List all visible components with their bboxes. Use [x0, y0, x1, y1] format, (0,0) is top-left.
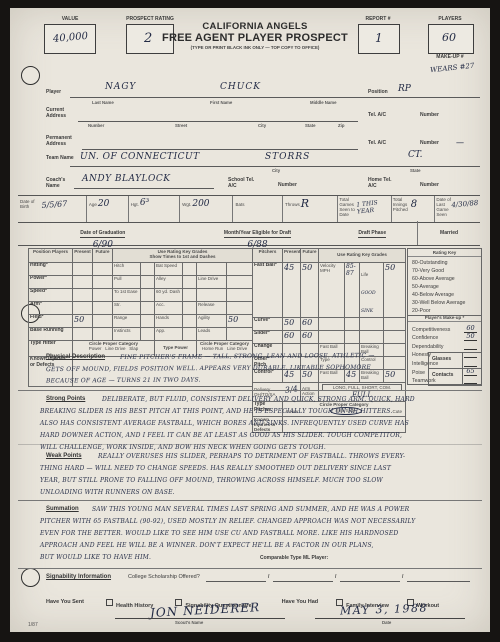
glasses-label: Glasses [429, 353, 463, 368]
rating-key-panel: Rating Key 80-Outstanding 70-Very Good 6… [407, 248, 482, 316]
hole-punch [21, 568, 40, 587]
wgt-entry: 200 [192, 199, 209, 222]
eligible-label: Month/Year Eligible for Draft [224, 231, 291, 238]
cell: 50 [73, 315, 93, 328]
report-entry: 1 [375, 31, 399, 45]
type-power-options: Home Run Line Drive [198, 346, 251, 351]
team-name-label: Team Name [46, 156, 76, 162]
hgt-entry: 6³ [140, 198, 149, 222]
player-label: Player [46, 90, 61, 96]
state-sublabel: State [305, 123, 316, 128]
cell: 50 [301, 263, 319, 318]
col-p-future: Future [301, 249, 319, 263]
scout-name-sublabel: Scout's Name [175, 620, 203, 625]
cell [227, 328, 253, 341]
form-subtitle: (TYPE OR PRINT BLACK INK ONLY — TOP COPY… [160, 45, 350, 50]
strong-points-label: Strong Points [46, 396, 85, 402]
row-fastball: Fast Ball* [253, 263, 283, 318]
player-last-entry: NAGY [105, 82, 136, 92]
cell: 45 [345, 370, 360, 383]
form-code: 1/87 [28, 622, 38, 628]
cell: Release [197, 302, 227, 315]
cell: 50 [384, 263, 406, 318]
number-sublabel: Number [88, 123, 104, 128]
type-pitcher-cute: Cute [393, 409, 403, 414]
cell [384, 344, 406, 357]
cell: Range [113, 315, 141, 328]
makeup-label-confidence: Confidence [412, 335, 438, 341]
cell [360, 331, 384, 344]
weak-line: THING HARD — WILL NEED TO CHANGE SPEEDS.… [40, 465, 391, 472]
value-label: VALUE [46, 17, 94, 23]
row-arm: Arm* [29, 302, 73, 315]
cell: Fast Ball [319, 370, 345, 383]
row-hitting: Hitting* [29, 263, 73, 276]
first-name-sublabel: First Name [210, 100, 232, 105]
team-name-entry: UN. OF CONNECTICUT [80, 152, 200, 162]
innings-label: Total Innings Pitched [392, 196, 411, 222]
pitchers-grid: Pitchers Present Future Use Rating Key G… [252, 248, 406, 433]
row-base-running: Base Running [29, 328, 73, 341]
team-city-entry: STORRS [265, 152, 310, 162]
cell [197, 289, 227, 302]
games-entry: 1 THIS YEAR [356, 198, 388, 223]
form-title: FREE AGENT PLAYER PROSPECT [160, 32, 350, 44]
cell [141, 276, 155, 289]
cell: Agility [197, 315, 227, 328]
signability-label: Signability Information [46, 574, 111, 580]
cell [384, 331, 406, 344]
contacts-label: Contacts [429, 369, 463, 384]
cell [197, 263, 227, 276]
innings-entry: 8 [411, 199, 417, 222]
home-tel-label: Home Tel. A/C [368, 178, 396, 189]
cell [93, 276, 113, 289]
cell [227, 289, 253, 302]
col-p-rating-key: Use Rating Key Grades [319, 249, 406, 263]
coach-name-label: Coach's Name [46, 178, 76, 189]
rating-key-title: Rating Key [408, 249, 481, 257]
rating-key-item: 50-Average [412, 283, 481, 291]
cell [183, 263, 197, 276]
street-sublabel: Street [175, 123, 187, 128]
cell [183, 315, 197, 328]
glasses-contacts-box: Glasses Contacts [428, 352, 482, 386]
school-tel-label: School Tel. A/C [228, 178, 258, 189]
cell: Bat Speed [155, 263, 183, 276]
have-you-sent-label: Have You Sent [46, 600, 84, 606]
cell [183, 289, 197, 302]
weak-line: REALLY OVERUSES HIS SLIDER, PERHAPS TO D… [98, 453, 405, 460]
row-speed: Speed* [29, 289, 73, 302]
cell: 45 [283, 263, 301, 318]
cell: 60 [301, 331, 319, 344]
summation-line: SAW THIS YOUNG MAN SEVERAL TIMES LAST SP… [92, 506, 409, 513]
physical-description-label: Physical Description [46, 354, 105, 360]
cell [227, 302, 253, 315]
cell [141, 328, 155, 341]
position-entry: RP [398, 84, 411, 94]
last-game-label: Date of Last Game Seen [435, 196, 452, 222]
cell: To 1st Ease [113, 289, 141, 302]
rating-key-item: 80-Outstanding [412, 259, 481, 267]
value-entry: 40,000 [53, 30, 96, 45]
life-note: GOOD SINK [361, 291, 376, 314]
bio-row: Date of Birth 5/5/67 Age 20 Hgt. 6³ Wgt.… [18, 195, 480, 223]
row-slider: Slider* [253, 331, 283, 344]
strong-line: BREAKING SLIDER IS HIS BEST PITCH AT THI… [40, 408, 392, 415]
report-label: REPORT # [356, 17, 400, 23]
cell [73, 276, 93, 289]
date-signature: MAY 3, 1988 [340, 601, 428, 617]
scholarship-label: College Scholarship Offered? [128, 575, 200, 581]
makeup-entry: WEARS #27 [430, 62, 475, 75]
permanent-address-label: Permanent Address [46, 136, 82, 147]
players-box: 60 [428, 24, 474, 54]
cell [384, 318, 406, 331]
hole-punch [21, 66, 40, 85]
cell [384, 357, 406, 370]
wgt-label: Wgt. [180, 196, 192, 222]
col-pitchers: Pitchers [253, 249, 283, 263]
hgt-label: Hgt. [129, 196, 140, 222]
cell [141, 315, 155, 328]
cell: 50 [301, 370, 319, 383]
cell: Str. [113, 302, 141, 315]
weak-line: YEAR, BUT STILL PRONE TO FALLING OFF MOU… [40, 477, 383, 484]
summation-line: BUT WOULD LIKE TO HAVE HIM. [40, 554, 151, 561]
summation-line: APPROACH AND FEEL HE WILL BE A WINNER. D… [40, 542, 374, 549]
cell [73, 302, 93, 315]
cell: Leads [197, 328, 227, 341]
team-state-entry: CT. [408, 150, 422, 160]
zip-sublabel: Zip [338, 123, 344, 128]
rating-key-item: 60-Above Average [412, 275, 481, 283]
cell [183, 328, 197, 341]
col-present: Present [73, 249, 93, 263]
strong-line: ALSO HAS CONSISTENT AVERAGE FASTBALL, WH… [40, 420, 409, 427]
players-entry: 60 [442, 31, 473, 44]
health-history-label: Health History [116, 603, 153, 609]
cell [73, 289, 93, 302]
city-sublabel: City [258, 123, 266, 128]
rating-key-item: 40-Below Average [412, 291, 481, 299]
cell [73, 328, 93, 341]
cell: Acc. [155, 302, 183, 315]
cell: 50 [227, 315, 253, 328]
last-name-sublabel: Last Name [92, 100, 114, 105]
graduation-label: Date of Graduation [80, 231, 125, 238]
col-future: Future [93, 249, 113, 263]
school-number-label: Number [278, 183, 297, 189]
players-label: PLAYERS [426, 17, 474, 23]
dob-entry: 5/5/67 [41, 199, 68, 223]
cell [141, 302, 155, 315]
cell [183, 276, 197, 289]
throws-entry: R [301, 197, 309, 222]
cell [360, 318, 384, 331]
physical-line: BECAUSE OF AGE — TURNS 21 IN TWO DAYS. [46, 376, 201, 384]
org-name: CALIFORNIA ANGELS [160, 21, 350, 32]
cell [93, 263, 113, 276]
graduation-row: Date of Graduation 6/90 Month/Year Eligi… [18, 221, 480, 246]
cell: Alley [155, 276, 183, 289]
cell [345, 331, 360, 344]
rating-key-item: 30-Well Below Average [412, 299, 481, 307]
cell [141, 263, 155, 276]
cell: 60 yd. Dash [155, 289, 183, 302]
rating-key-item: 70-Very Good [412, 267, 481, 275]
cell [93, 289, 113, 302]
cell: Hitch [113, 263, 141, 276]
current-tel-label: Tel. A/C [368, 113, 386, 119]
middle-name-sublabel: Middle Name [310, 100, 337, 105]
cell: 50 [283, 318, 301, 331]
cell: Life [361, 272, 368, 277]
games-label: Total Games Seen to Date [338, 196, 357, 222]
scouting-form: VALUE 40,000 PROSPECT RATING 2 CALIFORNI… [10, 8, 490, 632]
cell [93, 302, 113, 315]
makeup-label-poise: Poise [412, 370, 425, 376]
cell [141, 289, 155, 302]
strong-line: HARD DOWNER ACTION, AND I FEEL IT CAN BE… [40, 432, 402, 439]
permanent-number-label: Number [420, 141, 439, 147]
throws-label: Throws [283, 196, 301, 222]
cell [319, 318, 345, 331]
row-power: Power* [29, 276, 73, 289]
summation-line: EVEN FOR THE BETTER. WOULD LIKE TO SEE H… [40, 530, 398, 537]
cell: 50 [384, 370, 406, 383]
cell: Pull [113, 276, 141, 289]
col-position-players: Position Players [29, 249, 73, 263]
makeup-value [464, 349, 477, 350]
comparable-player-label: Comparable Type ML Player: [260, 556, 328, 562]
have-you-had-label: Have You Had [282, 600, 318, 606]
velocity-entry: 85-87 [345, 263, 360, 318]
age-label: Age [87, 196, 98, 222]
row-curve: Curve* [253, 318, 283, 331]
cell: App. [155, 328, 183, 341]
cell [345, 318, 360, 331]
cell: 60 [283, 331, 301, 344]
checkbox-health-history [106, 599, 113, 606]
date-sublabel: Date [382, 620, 391, 625]
last-game-entry: 4/30/88 [451, 199, 480, 223]
player-first-entry: CHUCK [220, 82, 261, 92]
home-number-label: Number [420, 183, 439, 189]
makeup-label-competitiveness: Competitiveness [412, 327, 450, 333]
cell [73, 263, 93, 276]
permanent-number-dash: — [456, 138, 464, 147]
value-box: 40,000 [44, 24, 96, 54]
makeup-label: MAKE-UP # [426, 55, 474, 61]
makeup-label-dependability: Dependability [412, 344, 443, 350]
cell: Line Drive [197, 276, 227, 289]
cell: Hands [155, 315, 183, 328]
report-box: 1 [358, 24, 400, 54]
married-label: Married [440, 231, 458, 237]
col-rating-key2: Show Times to 1st and Dashes [114, 254, 251, 259]
draft-phase-label: Draft Phase [358, 231, 386, 238]
summation-line: PITCHER WITH 65 FASTBALL (90-92), USED M… [40, 518, 415, 525]
current-address-label: Current Address [46, 108, 78, 119]
col-p-present: Present [283, 249, 301, 263]
cell [93, 328, 113, 341]
team-state-sublabel: State [410, 168, 421, 173]
cell [227, 276, 253, 289]
bats-label: Bats [233, 196, 245, 222]
weak-line: UNLOADING WITH RUNNERS ON BASE. [40, 489, 175, 496]
makeup-value: 50 [464, 333, 477, 341]
cell: Breaking Ball [360, 370, 384, 383]
cell: Velocity MPH [319, 263, 345, 318]
cell [319, 331, 345, 344]
row-field: Field* [29, 315, 73, 328]
cell [227, 263, 253, 276]
cell: Instincts [113, 328, 141, 341]
summation-label: Summation [46, 506, 79, 512]
cell: 60 [301, 318, 319, 331]
team-city-sublabel: City [272, 168, 280, 173]
type-hitter-options: Power Line Drive Slap [74, 346, 153, 351]
cell [93, 315, 113, 328]
weak-points-label: Weak Points [46, 453, 82, 459]
strong-line: WILL CHALLENGE, WORK INSIDE, AND BOW HIS… [40, 444, 326, 451]
coach-name-entry: ANDY BLAYLOCK [82, 174, 171, 184]
current-number-label: Number [420, 113, 439, 119]
position-label: Position [368, 90, 388, 96]
age-entry: 20 [98, 199, 109, 222]
cell [183, 302, 197, 315]
makeup-title: Player's Make-up * [408, 314, 481, 322]
strong-line: DELIBERATE, BUT FLUID, CONSISTENT DELIVE… [102, 396, 415, 403]
permanent-tel-label: Tel. A/C [368, 141, 386, 147]
dob-label: Date of Birth [18, 196, 42, 222]
